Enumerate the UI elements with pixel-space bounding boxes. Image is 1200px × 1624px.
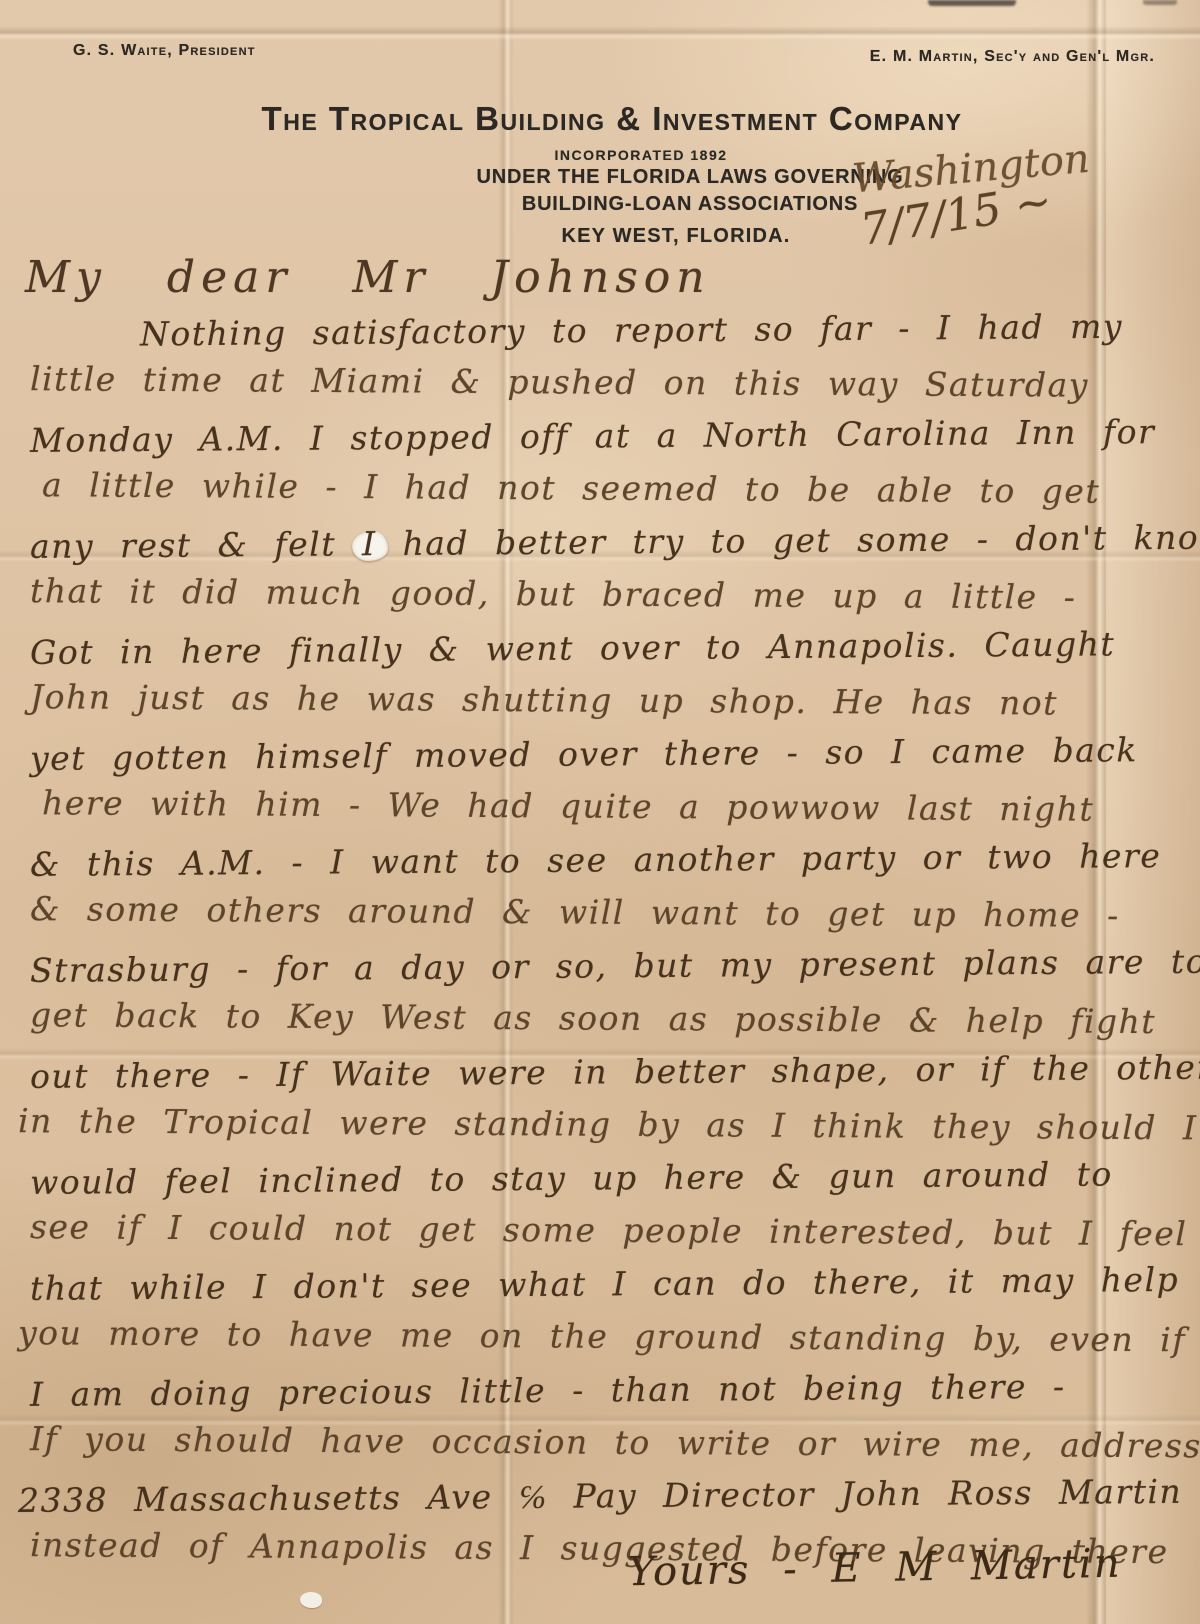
letterhead-company-name: The Tropical Building & Investment Compa… [262,100,963,138]
handwritten-line: I am doing precious little - than not be… [30,1358,1200,1421]
handwritten-line: Nothing satisfactory to report so far - … [140,299,1200,361]
handwritten-line: & some others around & will want to get … [30,882,1200,943]
letterhead-officer-right: E. M. Martin, Sec'y and Gen'l Mgr. [870,48,1155,66]
handwritten-line: Strasburg - for a day or so, but my pres… [30,934,1200,997]
paper-tear-hole-bottom [300,1592,322,1608]
handwritten-line: & this A.M. - I want to see another part… [30,828,1200,891]
letter-body: Nothing satisfactory to report so far - … [0,303,1200,1575]
handwritten-line: Got in here finally & went over to Annap… [30,616,1200,679]
letterhead-laws-line1: Under the Florida Laws Governing [476,166,903,189]
handwritten-line: Monday A.M. I stopped off at a North Car… [30,404,1200,467]
handwritten-line: here with him - We had quite a powwow la… [42,776,1200,837]
handwritten-line: John just as he was shutting up shop. He… [30,670,1200,731]
handwritten-line: see if I could not get some people inter… [30,1200,1200,1261]
scanned-letter-page: G. S. Waite, President E. M. Martin, Sec… [0,0,1200,1624]
handwritten-line: any rest & felt I had better try to get … [30,510,1200,573]
handwritten-line: that it did much good, but braced me up … [30,564,1200,625]
letterhead-officer-left: G. S. Waite, President [73,42,256,60]
salutation-line: My dear Mr Johnson [25,252,711,303]
handwritten-line: that while I don't see what I can do the… [30,1252,1200,1315]
scan-edge-smudge [928,0,1016,6]
letterhead-city-line: Key West, Florida. [561,225,790,248]
handwritten-line: 2338 Massachusetts Ave ℅ Pay Director Jo… [18,1464,1200,1527]
handwritten-line: in the Tropical were standing by as I th… [18,1094,1200,1155]
fold-crease-horizontal-top [0,26,1200,40]
handwritten-line: If you should have occasion to write or … [30,1412,1200,1473]
letterhead-laws-line2: Building-Loan Associations [522,193,858,216]
handwritten-line: you more to have me on the ground standi… [18,1306,1200,1367]
handwritten-line: out there - If Waite were in better shap… [30,1040,1200,1103]
letterhead-incorporated-line: Incorporated 1892 [554,147,727,163]
handwritten-line: get back to Key West as soon as possible… [30,988,1200,1049]
scan-edge-smudge-small [1143,0,1177,5]
handwritten-line: would feel inclined to stay up here & gu… [30,1146,1200,1209]
handwritten-line: yet gotten himself moved over there - so… [30,722,1200,785]
signature-line: Yours - E M Martin [628,1541,1122,1596]
handwritten-line: a little while - I had not seemed to be … [42,458,1200,519]
handwritten-line: little time at Miami & pushed on this wa… [30,352,1200,413]
